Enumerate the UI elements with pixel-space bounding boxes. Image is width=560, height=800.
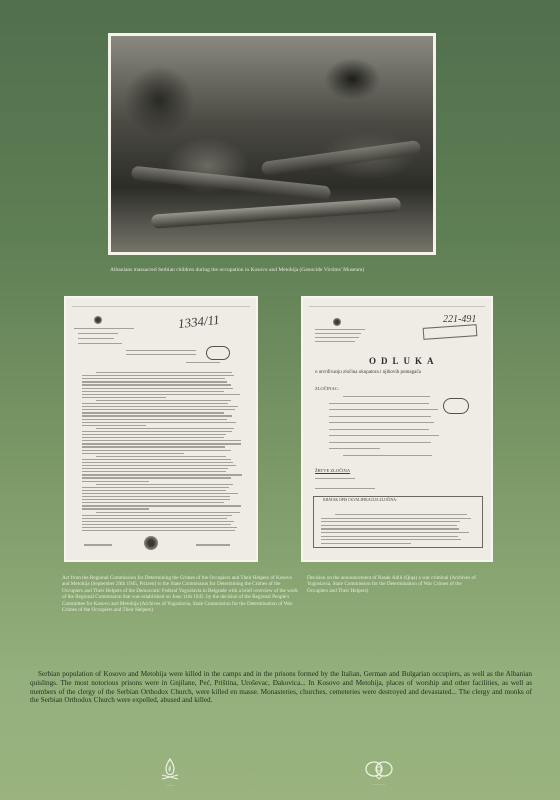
typed-line — [82, 422, 236, 423]
typed-line — [96, 512, 240, 513]
typed-line — [82, 415, 232, 416]
typed-line — [82, 505, 241, 506]
typed-line — [329, 429, 429, 430]
typed-line — [329, 409, 438, 410]
typed-line — [321, 539, 461, 540]
typed-line — [82, 527, 237, 528]
document-subtitle: o utvrđivanju zločina okupatora i njihov… — [315, 370, 421, 375]
typed-line — [82, 474, 242, 475]
typed-line — [82, 515, 232, 516]
typed-line — [321, 543, 411, 544]
typed-line — [321, 536, 458, 537]
typed-line — [329, 435, 439, 436]
document-right-caption: Decision on the announcement of Rasak Ad… — [307, 575, 483, 594]
document-left: 1334/11 — [66, 298, 256, 560]
typed-line — [82, 487, 229, 488]
handwritten-number: 221-491 — [443, 314, 476, 325]
typed-line — [82, 502, 224, 503]
section-label: ZLOČINAC: — [315, 386, 339, 391]
typed-line — [82, 406, 238, 407]
typed-line — [343, 455, 432, 456]
typed-line — [82, 493, 238, 494]
knot-emblem-icon: ————— — [362, 760, 396, 786]
typed-line — [82, 391, 224, 392]
typed-line — [82, 431, 232, 432]
typed-line — [321, 521, 460, 522]
handwritten-number: 1334/11 — [177, 312, 220, 332]
typed-line — [82, 521, 234, 522]
typed-line — [82, 446, 225, 447]
typed-line — [82, 425, 146, 426]
typed-line — [329, 422, 434, 423]
typed-line — [82, 403, 228, 404]
flame-emblem-icon: ——— — [157, 757, 183, 787]
typed-line — [96, 400, 231, 401]
typed-line — [82, 524, 231, 525]
typed-line — [82, 394, 240, 395]
typed-line — [82, 496, 230, 497]
typed-line — [82, 443, 241, 444]
typed-line — [82, 412, 224, 413]
typed-line — [82, 434, 226, 435]
typed-line — [82, 468, 228, 469]
typed-line — [82, 490, 226, 491]
typed-line — [82, 440, 241, 441]
typed-line — [82, 471, 226, 472]
typed-line — [82, 462, 233, 463]
body-paragraph: Serbian population of Kosovo and Metohij… — [30, 670, 532, 705]
typed-line — [321, 528, 459, 529]
typed-line — [82, 499, 230, 500]
typed-line — [329, 403, 429, 404]
typed-line — [82, 378, 225, 379]
typed-line — [82, 450, 231, 451]
document-right: 221-491 ODLUKA o utvrđivanju zločina oku… — [303, 298, 491, 560]
typed-line — [82, 481, 149, 482]
section-label-victims: ŽRTVE ZLOČINA — [315, 468, 350, 473]
typed-line — [82, 530, 235, 531]
typed-line — [82, 453, 184, 454]
typed-line — [321, 518, 471, 519]
typed-line — [329, 416, 431, 417]
typed-line — [82, 384, 231, 385]
typed-line — [82, 397, 166, 398]
typed-line — [343, 396, 430, 397]
document-left-caption: Act from the Regional Commission for Det… — [62, 575, 298, 613]
typed-line — [82, 477, 231, 478]
stamp — [206, 346, 230, 360]
typed-line — [82, 381, 227, 382]
photo-caption: Albanians massacred Serbian children dur… — [110, 267, 450, 274]
typed-line — [335, 514, 467, 515]
typed-line — [82, 375, 234, 376]
typed-line — [321, 525, 457, 526]
document-title: ODLUKA — [369, 356, 439, 366]
typed-line — [96, 456, 226, 457]
typed-line — [82, 388, 233, 389]
photo-image — [111, 36, 433, 252]
typed-line — [96, 484, 233, 485]
historical-photo — [108, 33, 436, 255]
typed-line — [82, 419, 227, 420]
typed-line — [329, 442, 431, 443]
typed-line — [96, 372, 232, 373]
typed-line — [329, 448, 380, 449]
typed-line — [321, 532, 469, 533]
typed-line — [82, 465, 236, 466]
typed-line — [82, 508, 149, 509]
typed-line — [82, 437, 224, 438]
typed-line — [82, 459, 231, 460]
typed-line — [96, 428, 234, 429]
typed-line — [82, 518, 227, 519]
typed-line — [82, 409, 235, 410]
section-label-description: KRATAK OPIS I KVALIFIKACIJA ZLOČINA: — [323, 498, 397, 502]
